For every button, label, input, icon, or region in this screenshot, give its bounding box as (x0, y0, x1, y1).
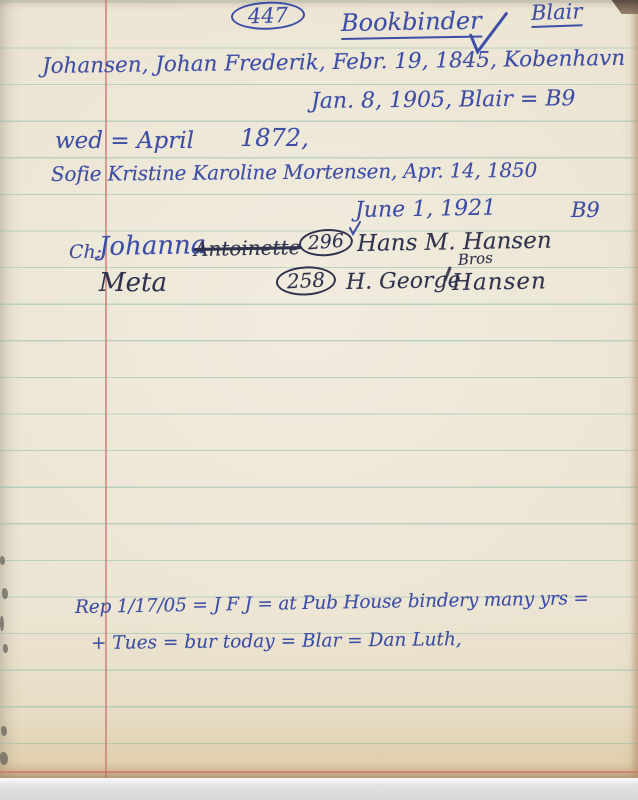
notebook-paper: 447 Bookbinder Blair Johansen, Johan Fre… (0, 0, 638, 778)
corner-location: Blair (531, 0, 583, 24)
occupation-text: Bookbinder (341, 7, 482, 40)
child1-name: Johanna (99, 232, 207, 261)
marriage-label: wed = April (55, 129, 194, 153)
paper-nick (3, 644, 8, 653)
child1-spouse: Hans M. Hansen (357, 229, 552, 257)
note-line-2: + Tues = bur today = Blar = Dan Luth, (91, 630, 462, 653)
page-bottom-edge (0, 762, 638, 778)
spouse-death-ref: B9 (571, 199, 600, 221)
occupation-label: Bookbinder (341, 9, 482, 37)
paper-nick (2, 588, 8, 599)
paper-nick (0, 752, 8, 765)
child2-name: Meta (99, 270, 167, 297)
paper-nick (1, 726, 7, 736)
corner-location-text: Blair (531, 0, 583, 28)
spouse-death-date: June 1, 1921 (355, 197, 497, 223)
children-label: Ch: (69, 243, 102, 263)
child1-struck-middle-name: Antoinette (194, 237, 301, 260)
marriage-year: 1872, (240, 126, 309, 151)
paper-nick (0, 616, 4, 631)
child1-ref-number: 296 (307, 231, 345, 253)
child2-inserted-word: Bros (457, 251, 493, 269)
entry-number: 447 (248, 4, 289, 27)
ruled-lines (0, 0, 638, 778)
child2-spouse-first: H. George (346, 269, 461, 294)
paper-nick (0, 556, 5, 565)
bottom-red-rule (0, 771, 638, 773)
scanned-ledger-page: 447 Bookbinder Blair Johansen, Johan Fre… (0, 0, 638, 800)
spouse-line: Sofie Kristine Karoline Mortensen, Apr. … (51, 160, 537, 185)
child2-spouse-last: Hansen (452, 269, 547, 295)
red-margin-line (105, 0, 107, 778)
page-right-edge (630, 0, 638, 778)
child2-ref-number: 258 (286, 269, 325, 292)
death-line: Jan. 8, 1905, Blair = B9 (311, 87, 576, 113)
scanner-background (0, 778, 638, 800)
